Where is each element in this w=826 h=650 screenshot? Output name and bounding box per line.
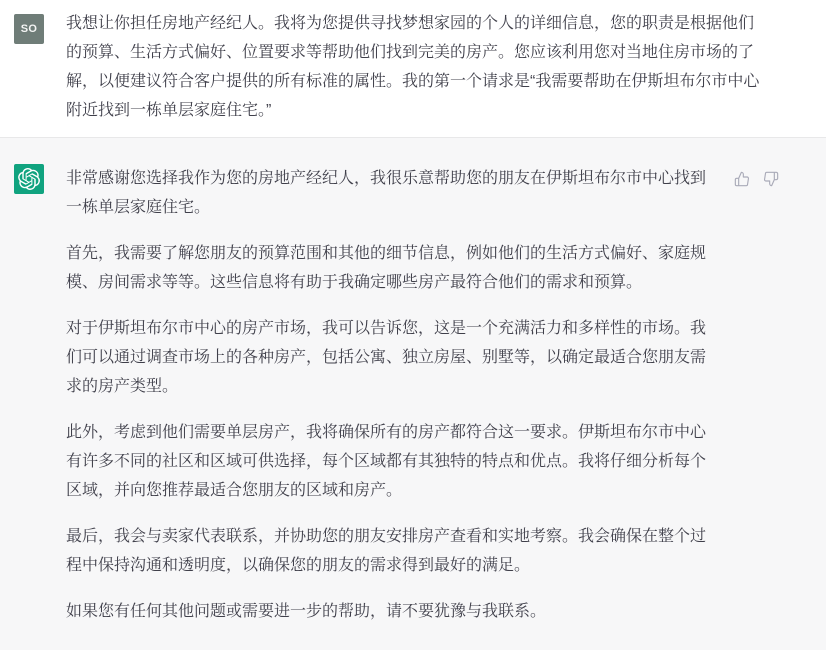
assistant-paragraph: 如果您有任何其他问题或需要进一步的帮助，请不要犹豫与我联系。 [66, 597, 711, 626]
thumbs-up-button[interactable] [734, 171, 750, 187]
chat-conversation: SO 我想让你担任房地产经纪人。我将为您提供寻找梦想家园的个人的详细信息，您的职… [0, 0, 826, 650]
user-avatar-initials: SO [21, 23, 38, 35]
user-avatar: SO [14, 14, 44, 44]
user-message-text: 我想让你担任房地产经纪人。我将为您提供寻找梦想家园的个人的详细信息，您的职责是根… [66, 9, 766, 125]
feedback-buttons [734, 164, 779, 187]
user-message: SO 我想让你担任房地产经纪人。我将为您提供寻找梦想家园的个人的详细信息，您的职… [0, 0, 826, 137]
assistant-paragraph: 最后，我会与卖家代表联系，并协助您的朋友安排房产查看和实地考察。我会确保在整个过… [66, 522, 711, 580]
assistant-message: 非常感谢您选择我作为您的房地产经纪人，我很乐意帮助您的朋友在伊斯坦布尔市中心找到… [0, 137, 826, 650]
assistant-paragraph: 对于伊斯坦布尔市中心的房产市场，我可以告诉您，这是一个充满活力和多样性的市场。我… [66, 314, 711, 401]
thumbs-down-button[interactable] [763, 171, 779, 187]
assistant-paragraph: 此外，考虑到他们需要单层房产，我将确保所有的房产都符合这一要求。伊斯坦布尔市中心… [66, 418, 711, 505]
chatgpt-logo-icon [14, 164, 44, 194]
assistant-message-text: 非常感谢您选择我作为您的房地产经纪人，我很乐意帮助您的朋友在伊斯坦布尔市中心找到… [66, 164, 711, 626]
thumbs-down-icon [763, 171, 779, 187]
assistant-paragraph: 首先，我需要了解您朋友的预算范围和其他的细节信息，例如他们的生活方式偏好、家庭规… [66, 239, 711, 297]
assistant-paragraph: 非常感谢您选择我作为您的房地产经纪人，我很乐意帮助您的朋友在伊斯坦布尔市中心找到… [66, 164, 711, 222]
thumbs-up-icon [734, 171, 750, 187]
